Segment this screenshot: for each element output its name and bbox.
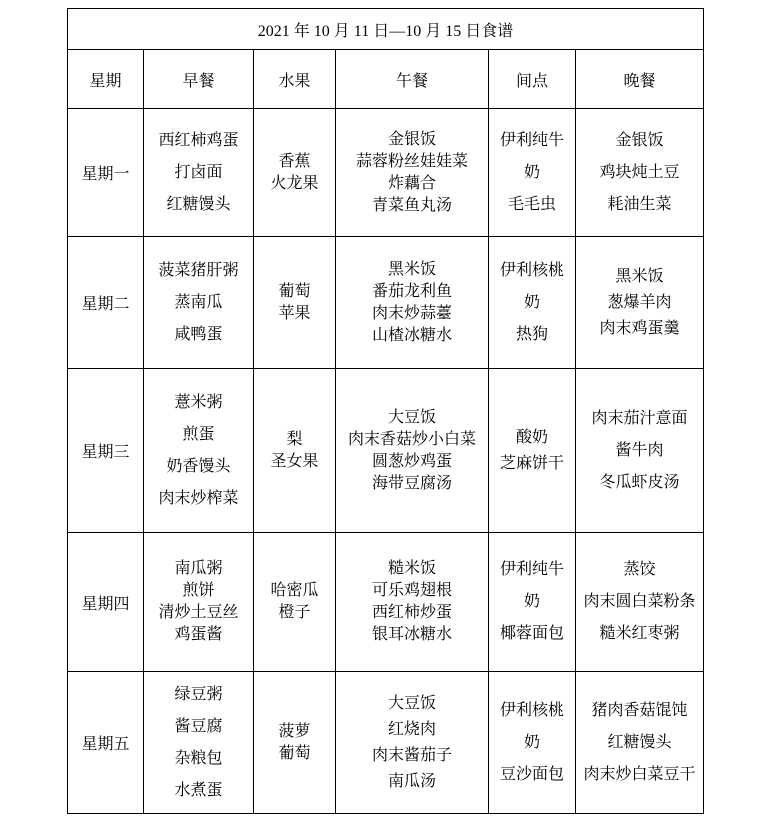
cell-monday-breakfast: 西红柿鸡蛋打卤面红糖馒头	[144, 109, 254, 237]
cell-wednesday-fruit: 梨圣女果	[254, 369, 336, 533]
weekly-menu-table: 2021 年 10 月 11 日—10 月 15 日食谱 星期 早餐 水果 午餐…	[67, 8, 704, 814]
cell-wednesday-lunch: 大豆饭肉末香菇炒小白菜圆葱炒鸡蛋海带豆腐汤	[336, 369, 489, 533]
cell-tuesday-fruit: 葡萄苹果	[254, 237, 336, 369]
cell-friday-breakfast: 绿豆粥酱豆腐杂粮包水煮蛋	[144, 672, 254, 814]
cell-wednesday-dinner: 肉末茄汁意面酱牛肉冬瓜虾皮汤	[576, 369, 704, 533]
cell-thursday-breakfast: 南瓜粥煎饼清炒土豆丝鸡蛋酱	[144, 533, 254, 672]
column-header-snack: 间点	[489, 50, 576, 109]
column-header-fruit: 水果	[254, 50, 336, 109]
cell-tuesday-dinner: 黑米饭葱爆羊肉肉末鸡蛋羹	[576, 237, 704, 369]
column-header-lunch: 午餐	[336, 50, 489, 109]
cell-friday-lunch: 大豆饭红烧肉肉末酱茄子南瓜汤	[336, 672, 489, 814]
day-label-tuesday: 星期二	[68, 237, 144, 369]
cell-thursday-fruit: 哈密瓜橙子	[254, 533, 336, 672]
table-row-tuesday: 星期二 菠菜猪肝粥蒸南瓜咸鸭蛋 葡萄苹果 黑米饭番茄龙利鱼肉末炒蒜薹山楂冰糖水 …	[68, 237, 704, 369]
cell-wednesday-snack: 酸奶芝麻饼干	[489, 369, 576, 533]
cell-monday-snack: 伊利纯牛奶毛毛虫	[489, 109, 576, 237]
table-row-thursday: 星期四 南瓜粥煎饼清炒土豆丝鸡蛋酱 哈密瓜橙子 糙米饭可乐鸡翅根西红柿炒蛋银耳冰…	[68, 533, 704, 672]
table-title: 2021 年 10 月 11 日—10 月 15 日食谱	[68, 9, 704, 50]
cell-monday-dinner: 金银饭鸡块炖土豆耗油生菜	[576, 109, 704, 237]
cell-friday-snack: 伊利核桃奶豆沙面包	[489, 672, 576, 814]
table-header-row: 星期 早餐 水果 午餐 间点 晚餐	[68, 50, 704, 109]
table-row-monday: 星期一 西红柿鸡蛋打卤面红糖馒头 香蕉火龙果 金银饭蒜蓉粉丝娃娃菜炸藕合青菜鱼丸…	[68, 109, 704, 237]
cell-monday-lunch: 金银饭蒜蓉粉丝娃娃菜炸藕合青菜鱼丸汤	[336, 109, 489, 237]
cell-thursday-lunch: 糙米饭可乐鸡翅根西红柿炒蛋银耳冰糖水	[336, 533, 489, 672]
cell-tuesday-breakfast: 菠菜猪肝粥蒸南瓜咸鸭蛋	[144, 237, 254, 369]
table-title-row: 2021 年 10 月 11 日—10 月 15 日食谱	[68, 9, 704, 50]
day-label-friday: 星期五	[68, 672, 144, 814]
cell-thursday-snack: 伊利纯牛奶椰蓉面包	[489, 533, 576, 672]
day-label-wednesday: 星期三	[68, 369, 144, 533]
day-label-thursday: 星期四	[68, 533, 144, 672]
column-header-breakfast: 早餐	[144, 50, 254, 109]
cell-thursday-dinner: 蒸饺肉末圆白菜粉条糙米红枣粥	[576, 533, 704, 672]
day-label-monday: 星期一	[68, 109, 144, 237]
cell-friday-fruit: 菠萝葡萄	[254, 672, 336, 814]
table-row-wednesday: 星期三 薏米粥煎蛋奶香馒头肉末炒榨菜 梨圣女果 大豆饭肉末香菇炒小白菜圆葱炒鸡蛋…	[68, 369, 704, 533]
cell-wednesday-breakfast: 薏米粥煎蛋奶香馒头肉末炒榨菜	[144, 369, 254, 533]
table-row-friday: 星期五 绿豆粥酱豆腐杂粮包水煮蛋 菠萝葡萄 大豆饭红烧肉肉末酱茄子南瓜汤 伊利核…	[68, 672, 704, 814]
column-header-day: 星期	[68, 50, 144, 109]
column-header-dinner: 晚餐	[576, 50, 704, 109]
cell-monday-fruit: 香蕉火龙果	[254, 109, 336, 237]
cell-tuesday-snack: 伊利核桃奶热狗	[489, 237, 576, 369]
cell-friday-dinner: 猪肉香菇馄饨红糖馒头肉末炒白菜豆干	[576, 672, 704, 814]
cell-tuesday-lunch: 黑米饭番茄龙利鱼肉末炒蒜薹山楂冰糖水	[336, 237, 489, 369]
